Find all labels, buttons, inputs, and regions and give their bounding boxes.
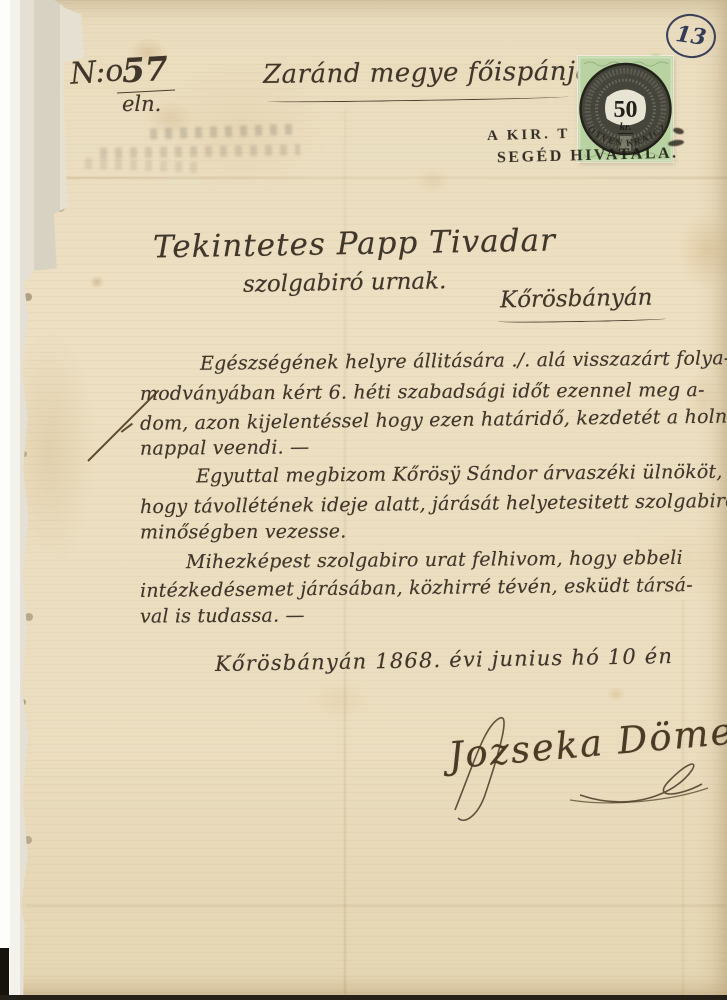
archival-page-number-circle: 13 [663,11,719,62]
office-handstamp-line1: A KIR. T [487,126,571,145]
stamp-unit: kr. [620,121,632,133]
body-line: Mihezképest szolgabiro urat felhivom, ho… [186,547,683,573]
fold-crease [26,177,727,179]
faint-stamp-impression [100,144,300,158]
archival-page-number: 13 [674,21,708,51]
scan-bottom-edge [0,995,727,1000]
body-line: nappal veendi. — [140,436,309,459]
body-line: Egyuttal megbizom Kőrösÿ Sándor árvaszék… [196,461,727,488]
ink-blot [672,127,684,136]
body-line: intézkedésemet járásában, közhirré tévén… [140,574,693,602]
dateline: Kőrösbányán 1868. évi junius hó 10 én [215,644,674,676]
faint-stamp-impression [85,158,205,173]
faint-stamp-impression [150,123,300,139]
header-underline-flourish [268,95,568,103]
recipient-title: szolgabiró urnak. [243,268,447,298]
body-line: minőségben vezesse. [140,520,347,543]
body-line: dom, azon kijelentéssel hogy ezen határi… [140,405,727,435]
fold-crease [26,905,727,907]
recipient-place: Kőrösbányán [500,285,653,314]
scan-corner-shadow [0,948,9,1000]
stamp-value: 50 [614,97,638,123]
body-line: modványában kért 6. héti szabadsági időt… [140,379,705,405]
place-underline-flourish [498,317,666,324]
body-line: hogy távollétének ideje alatt, járását h… [140,490,727,518]
recipient-name: Tekintetes Papp Tivadar [153,222,556,265]
document-page: N:o 57 eln. Zaránd megye főispánjától 13 [0,0,727,995]
body-line: Egészségének helyre állitására ./. alá v… [200,347,727,375]
sender-office-title: Zaránd megye főispánjától [263,56,628,90]
ink-blot [668,139,685,147]
office-handstamp-line2: SEGÉD HIVATALA. [497,145,679,168]
scanned-document: N:o 57 eln. Zaránd megye főispánjától 13 [0,0,727,1000]
docket-number-suffix: eln. [122,92,161,116]
docket-number: 57 [115,49,175,94]
body-line: val is tudassa. — [140,604,305,627]
